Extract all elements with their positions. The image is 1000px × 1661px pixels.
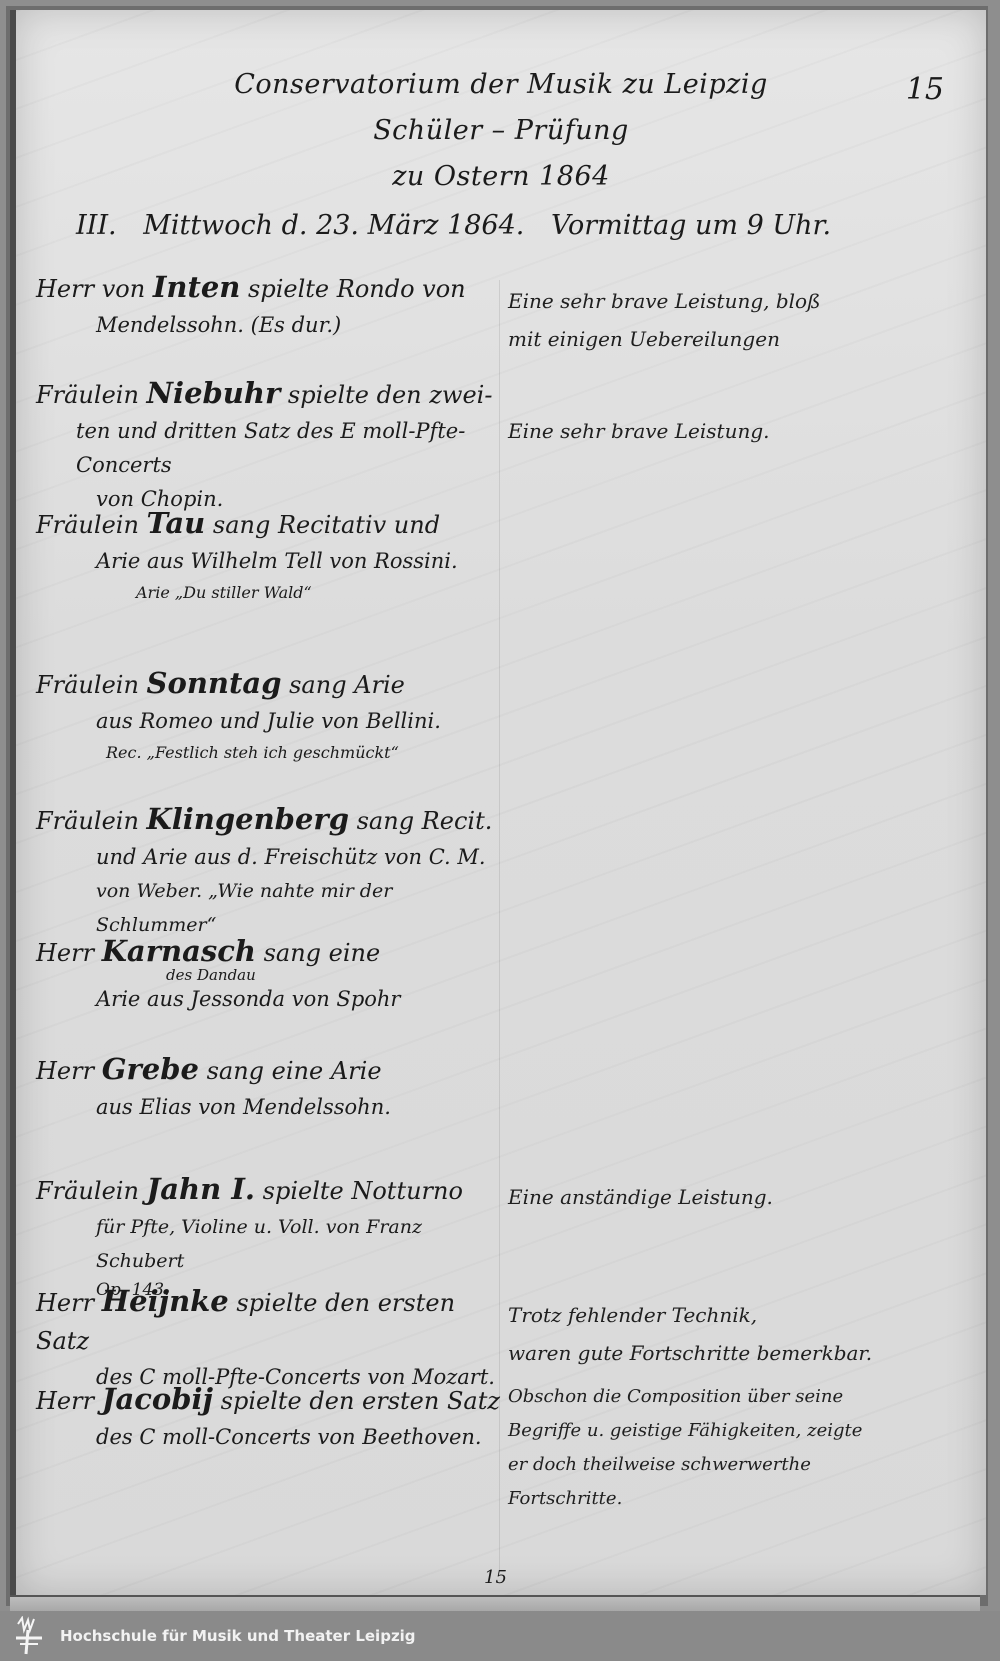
entry-verb: spielte den ersten Satz [36, 1289, 455, 1355]
entry-continuation: Arie aus Wilhelm Tell von Rossini. [36, 544, 506, 578]
hmt-logo-icon [12, 1616, 46, 1656]
remark-line: er doch theilweise schwerwerthe Fortschr… [508, 1448, 928, 1516]
header-exam-title: Schüler – Prüfung [16, 108, 986, 154]
remark-line: Eine sehr brave Leistung, bloß [508, 282, 928, 320]
remark-line: Begriffe u. geistige Fähigkeiten, zeigte [508, 1414, 928, 1448]
entry-verb: sang Recitativ und [213, 511, 440, 539]
entry-prefix: Herr [36, 939, 94, 967]
remark-line: Trotz fehlender Technik, [508, 1296, 928, 1334]
entry-continuation: Arie aus Jessonda von Spohr [36, 982, 506, 1016]
document-viewer: 15 Conservatorium der Musik zu Leipzig S… [0, 0, 1000, 1661]
performer-name: Klingenberg [147, 802, 349, 836]
entry-prefix: Herr [36, 1289, 94, 1317]
session-time: Vormittag um 9 Uhr. [551, 210, 831, 241]
interlinear-insertion: des Dandau [166, 966, 256, 984]
performer-name: Niebuhr [147, 376, 281, 410]
aria-title-note: Arie „Du stiller Wald“ [36, 578, 506, 608]
manuscript-page: 15 Conservatorium der Musik zu Leipzig S… [10, 10, 986, 1595]
entry-verb: spielte Rondo von [248, 275, 466, 303]
performer-name: Tau [147, 506, 206, 540]
entry-continuation: und Arie aus d. Freischütz von C. M. [36, 840, 506, 874]
performer-name: Sonntag [147, 666, 282, 700]
entry-prefix: Fräulein [36, 807, 139, 835]
remark-line: Obschon die Composition über seine [508, 1380, 928, 1414]
entry-prefix: Fräulein [36, 381, 139, 409]
entry-grebe: Herr Grebe sang eine Arie aus Elias von … [36, 1050, 506, 1124]
page-bottom-edge [10, 1595, 980, 1611]
entry-inten: Herr von Inten spielte Rondo von Mendels… [36, 268, 506, 342]
entry-prefix: Herr [36, 1057, 94, 1085]
remark-line: waren gute Fortschritte bemerkbar. [508, 1334, 928, 1372]
performer-name: Grebe [102, 1052, 199, 1086]
entry-tau: Fräulein Tau sang Recitativ und Arie aus… [36, 504, 506, 608]
folio-number-bottom: 15 [484, 1567, 507, 1588]
performer-name: Jacobij [102, 1382, 213, 1416]
session-number: III. [76, 210, 117, 241]
entry-verb: sang Recit. [357, 807, 493, 835]
performer-name: Jahn I. [147, 1172, 255, 1206]
entry-verb: spielte Notturno [263, 1177, 463, 1205]
entry-sonntag: Fräulein Sonntag sang Arie aus Romeo und… [36, 664, 506, 768]
entry-prefix: Herr von [36, 275, 145, 303]
entry-verb: spielte den ersten Satz [221, 1387, 500, 1415]
entry-continuation: für Pfte, Violine u. Voll. von Franz Sch… [36, 1210, 506, 1278]
remark-line: Eine sehr brave Leistung. [508, 412, 928, 450]
remark-line: Eine anständige Leistung. [508, 1178, 928, 1216]
remark-heijnke: Trotz fehlender Technik, waren gute Fort… [508, 1296, 928, 1372]
entry-continuation: des C moll-Concerts von Beethoven. [36, 1420, 506, 1454]
remark-niebuhr: Eine sehr brave Leistung. [508, 412, 928, 450]
entry-continuation: Mendelssohn. (Es dur.) [36, 308, 506, 342]
entry-prefix: Fräulein [36, 511, 139, 539]
entry-continuation: aus Elias von Mendelssohn. [36, 1090, 506, 1124]
entry-continuation: aus Romeo und Julie von Bellini. [36, 704, 506, 738]
remark-inten: Eine sehr brave Leistung, bloß mit einig… [508, 282, 928, 358]
entry-karnasch: Herr Karnasch sang eine des Dandau Arie … [36, 932, 506, 1016]
footer-bar: Hochschule für Musik und Theater Leipzig [0, 1611, 1000, 1661]
entry-verb: sang eine [264, 939, 381, 967]
remark-jacobij: Obschon die Composition über seine Begri… [508, 1380, 928, 1516]
session-date: Mittwoch d. 23. März 1864. [143, 210, 524, 241]
entry-prefix: Herr [36, 1387, 94, 1415]
entry-verb: sang eine Arie [207, 1057, 382, 1085]
entry-heijnke: Herr Heijnke spielte den ersten Satz des… [36, 1282, 506, 1394]
performer-name: Heijnke [102, 1284, 229, 1318]
entry-verb: sang Arie [289, 671, 405, 699]
entry-verb: spielte den zwei- [288, 381, 493, 409]
session-heading: III. Mittwoch d. 23. März 1864. Vormitta… [76, 210, 906, 241]
performer-name: Karnasch [102, 934, 256, 968]
performer-name: Inten [153, 270, 241, 304]
entry-prefix: Fräulein [36, 1177, 139, 1205]
header-institution: Conservatorium der Musik zu Leipzig [16, 62, 986, 108]
entry-continuation: ten und dritten Satz des E moll-Pfte-Con… [36, 414, 506, 482]
aria-title-note: Rec. „Festlich steh ich geschmückt“ [36, 738, 506, 768]
remark-jahn: Eine anständige Leistung. [508, 1178, 928, 1216]
institution-name: Hochschule für Musik und Theater Leipzig [60, 1627, 416, 1645]
entry-klingenberg: Fräulein Klingenberg sang Recit. und Ari… [36, 800, 506, 942]
entry-prefix: Fräulein [36, 671, 139, 699]
page-header: Conservatorium der Musik zu Leipzig Schü… [16, 62, 986, 200]
entry-jacobij: Herr Jacobij spielte den ersten Satz des… [36, 1380, 506, 1454]
header-exam-date: zu Ostern 1864 [16, 154, 986, 200]
remark-line: mit einigen Uebereilungen [508, 320, 928, 358]
entry-niebuhr: Fräulein Niebuhr spielte den zwei- ten u… [36, 374, 506, 516]
